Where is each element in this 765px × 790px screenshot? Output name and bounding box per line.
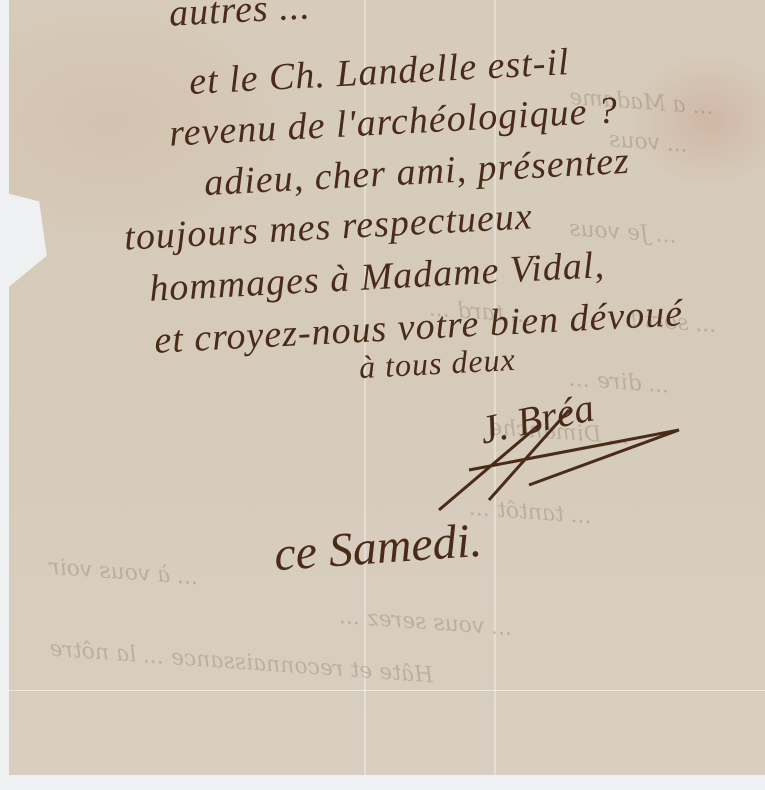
fold-line xyxy=(9,690,765,691)
letter-line: autres ... xyxy=(168,0,312,36)
letter-line: à tous deux xyxy=(358,341,516,386)
bleedthrough-text: Hâte et reconnaissance ... la nôtre xyxy=(49,637,435,689)
signature-flourish-icon xyxy=(429,405,689,515)
letter-page: ... a Madame ... vous ... Je vous ... ta… xyxy=(9,0,765,775)
dateline: ce Samedi. xyxy=(272,513,483,582)
bleedthrough-text: ... à vous voir xyxy=(48,555,199,590)
